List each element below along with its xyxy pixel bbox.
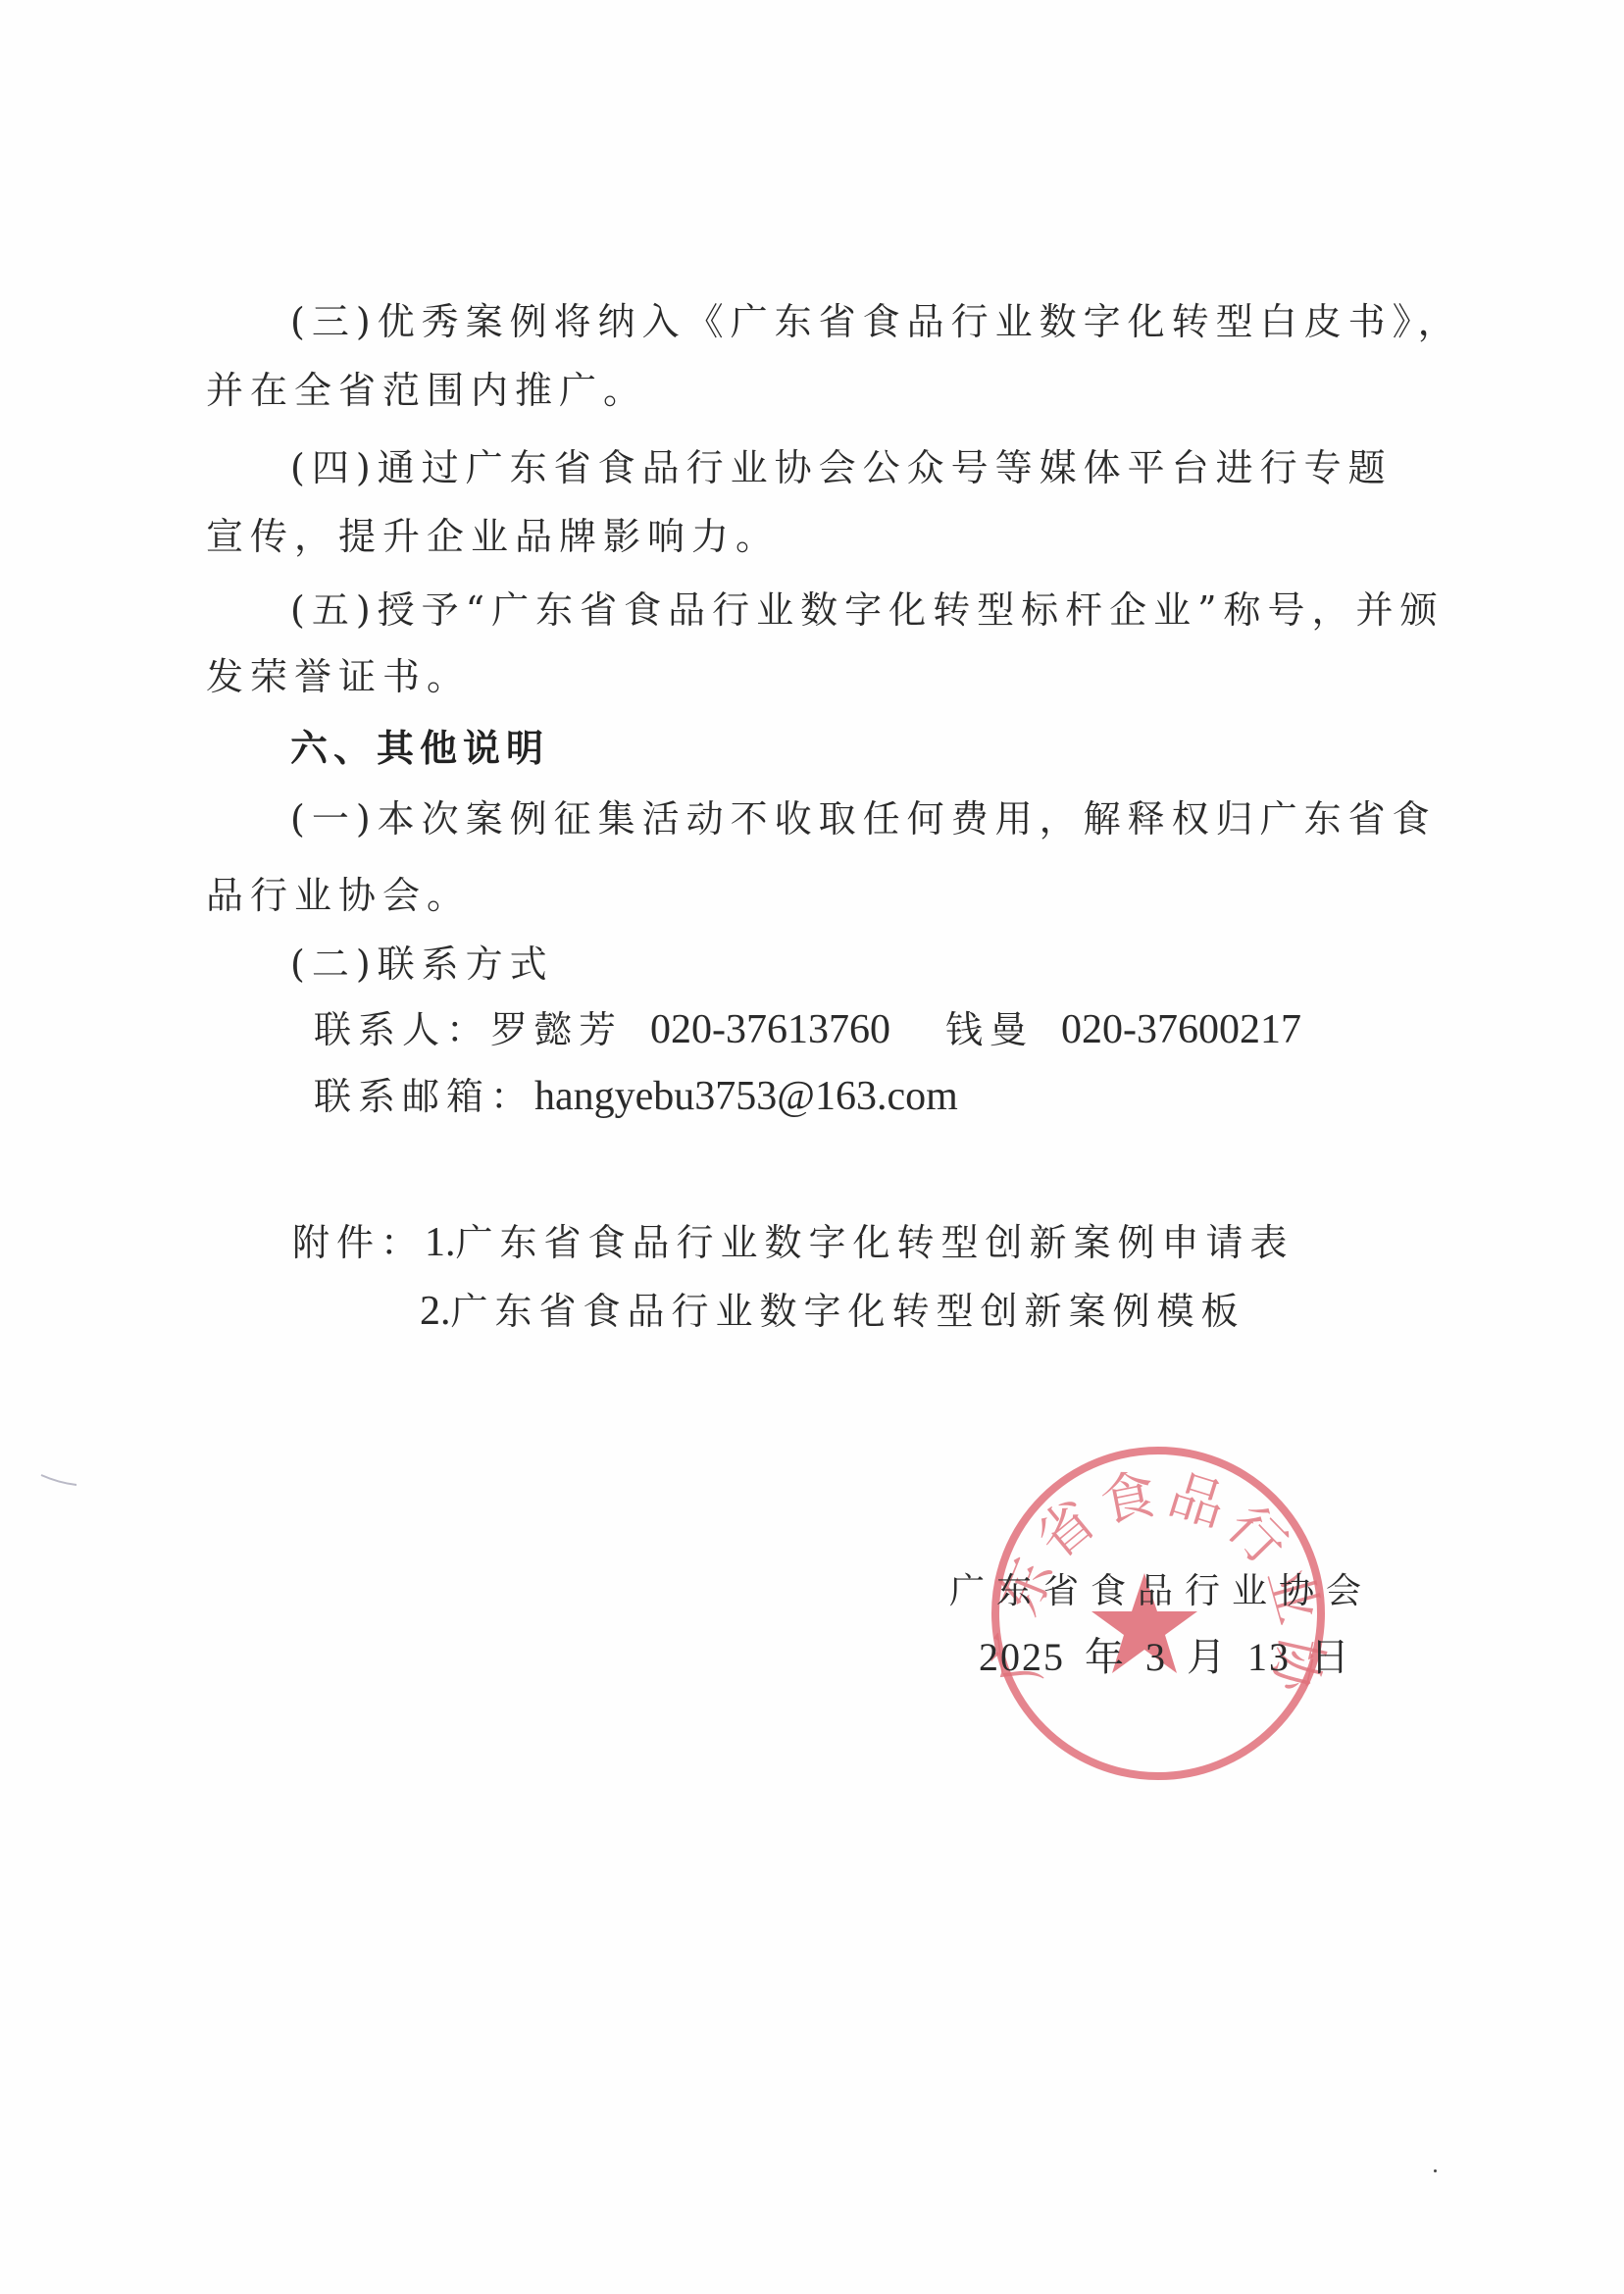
item-1-line-1: (一)本次案例征集活动不收取任何费用，解释权归广东省食 xyxy=(290,797,1437,841)
contact-person-1-phone: 020-37613760 xyxy=(650,1007,890,1052)
contact-email[interactable]: hangyebu3753@163.com xyxy=(534,1074,958,1119)
paragraph-3-line-2: 并在全省范围内推广。 xyxy=(206,369,647,412)
paragraph-5-line-1: (五)授予“广东省食品行业数字化转型标杆企业”称号，并颁 xyxy=(290,588,1445,632)
paragraph-4-line-1: (四)通过广东省食品行业协会公众号等媒体平台进行专题 xyxy=(290,446,1393,489)
attachment-1-title: 广东省食品行业数字化转型创新案例申请表 xyxy=(456,1221,1294,1264)
contact-email-line: 联系邮箱：hangyebu3753@163.com xyxy=(314,1075,958,1118)
signature-organization: 广东省食品行业协会 xyxy=(949,1570,1373,1613)
attachment-1-number: 1. xyxy=(425,1220,456,1265)
contact-label: 联系人： xyxy=(314,1008,490,1051)
paragraph-3-line-1: (三)优秀案例将纳入《广东省食品行业数字化转型白皮书》， xyxy=(290,300,1462,343)
contact-person-2-name: 钱曼 xyxy=(945,1008,1034,1051)
paragraph-5-line-2: 发荣誉证书。 xyxy=(206,655,471,698)
signature-date: 2025 年 3 月 13 日 xyxy=(979,1636,1351,1679)
contact-persons-line: 联系人：罗懿芳020-37613760钱曼020-37600217 xyxy=(314,1008,1301,1051)
contact-person-2-phone: 020-37600217 xyxy=(1061,1007,1301,1052)
contact-person-1-name: 罗懿芳 xyxy=(490,1008,623,1051)
attachment-line-1: 附件：1.广东省食品行业数字化转型创新案例申请表 xyxy=(292,1221,1294,1264)
section-heading: 六、其他说明 xyxy=(290,727,549,770)
attachment-line-2: 2.广东省食品行业数字化转型创新案例模板 xyxy=(420,1290,1245,1333)
item-1-line-2: 品行业协会。 xyxy=(206,874,471,917)
attachment-2-title: 广东省食品行业数字化转型创新案例模板 xyxy=(451,1290,1245,1333)
official-seal-stamp: 广东省食品行业协会 xyxy=(989,1444,1328,1783)
scan-dot xyxy=(1434,2169,1437,2172)
paragraph-4-line-2: 宣传，提升企业品牌影响力。 xyxy=(206,515,780,558)
email-label: 联系邮箱： xyxy=(314,1075,534,1118)
document-page: (三)优秀案例将纳入《广东省食品行业数字化转型白皮书》， 并在全省范围内推广。 … xyxy=(0,0,1624,2294)
attachment-2-number: 2. xyxy=(420,1289,451,1334)
item-2-heading: (二)联系方式 xyxy=(290,943,554,986)
attachments-label: 附件： xyxy=(292,1221,425,1264)
scan-artifact-mark xyxy=(39,1473,78,1487)
